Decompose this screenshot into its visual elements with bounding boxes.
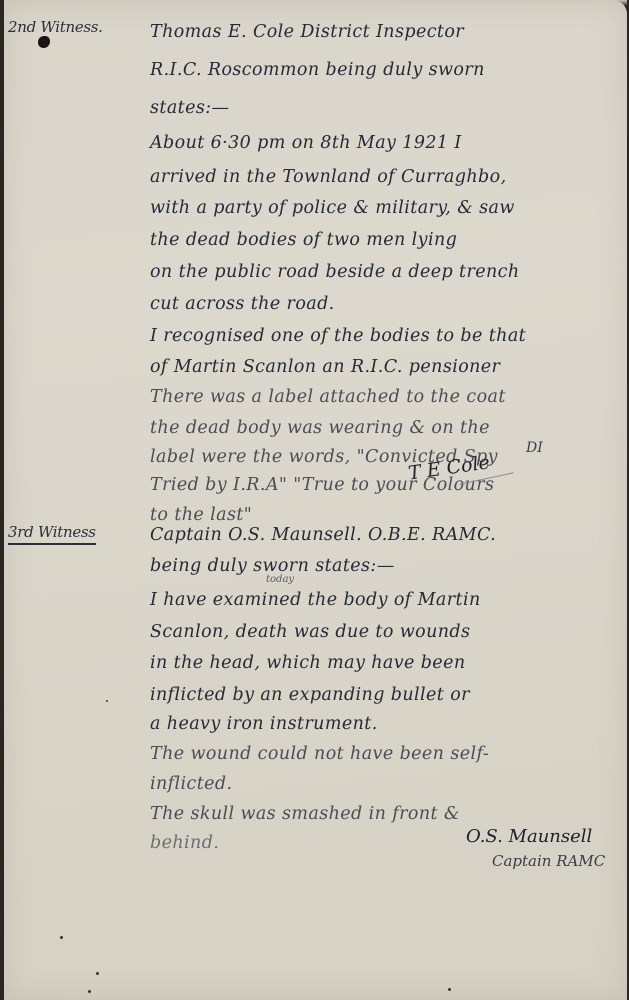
statement-line: inflicted. <box>150 774 233 794</box>
paper-speck <box>106 700 108 702</box>
margin-label-witness-2: 2nd Witness. <box>8 18 103 36</box>
statement-line: behind. <box>150 833 219 853</box>
statement-line: The wound could not have been self- <box>150 744 489 764</box>
statement-line: inflicted by an expanding bullet or <box>150 685 470 705</box>
statement-line: the dead body was wearing & on the <box>150 418 490 438</box>
statement-line: The skull was smashed in front & <box>150 804 460 824</box>
statement-line: states:— <box>150 98 229 118</box>
paper-speck <box>60 936 63 939</box>
statement-line: There was a label attached to the coat <box>150 387 506 407</box>
statement-line: a heavy iron instrument. <box>150 714 378 734</box>
margin-label-witness-3: 3rd Witness <box>8 523 96 545</box>
statement-line: About 6·30 pm on 8th May 1921 I <box>150 133 462 153</box>
statement-line: being duly sworn states:— <box>150 556 395 576</box>
statement-line: Captain O.S. Maunsell. O.B.E. RAMC. <box>150 525 496 545</box>
ink-blot <box>38 36 50 48</box>
signature-rank: Captain RAMC <box>492 852 605 870</box>
statement-line: with a party of police & military, & saw <box>150 198 515 218</box>
paper-speck <box>448 988 451 991</box>
paper-speck <box>88 990 91 993</box>
signature-cole-suffix: DI <box>526 440 543 456</box>
statement-line: the dead bodies of two men lying <box>150 230 457 250</box>
statement-line: in the head, which may have been <box>150 653 466 673</box>
statement-line: Thomas E. Cole District Inspector <box>150 22 464 42</box>
document-page: 2nd Witness. Thomas E. Cole District Ins… <box>4 0 627 1000</box>
statement-line: to the last" <box>150 505 252 525</box>
statement-line: Scanlon, death was due to wounds <box>150 622 470 642</box>
statement-line: cut across the road. <box>150 294 335 314</box>
signature-maunsell: O.S. Maunsell <box>466 826 592 847</box>
statement-line: of Martin Scanlon an R.I.C. pensioner <box>150 357 500 377</box>
statement-line: on the public road beside a deep trench <box>150 262 520 282</box>
paper-speck <box>96 972 99 975</box>
statement-line: arrived in the Townland of Curraghbo, <box>150 167 507 187</box>
insertion-note: today <box>266 574 294 585</box>
statement-line: I recognised one of the bodies to be tha… <box>150 326 526 346</box>
statement-line: R.I.C. Roscommon being duly sworn <box>150 60 485 80</box>
statement-line: I have examined the body of Martin <box>150 590 481 610</box>
